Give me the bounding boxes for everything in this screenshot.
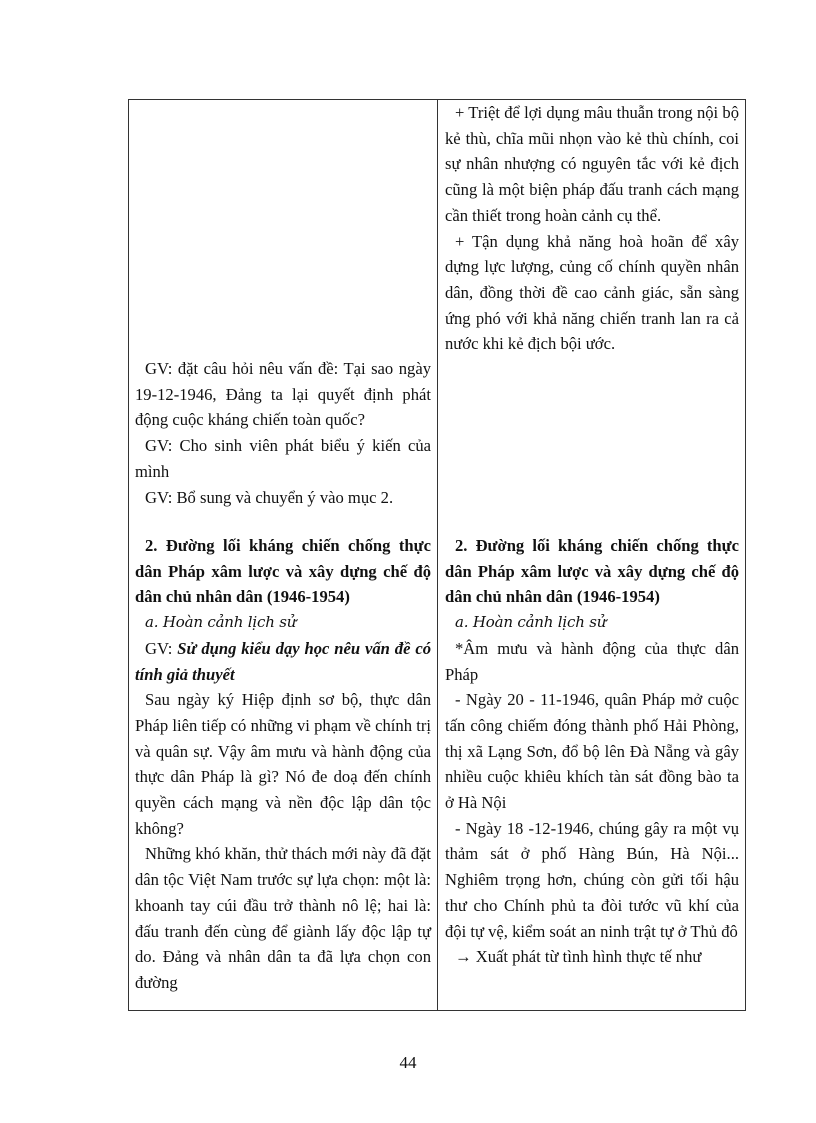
- gv-method: GV: Sử dụng kiểu dạy học nêu vấn đề có t…: [135, 636, 431, 687]
- gv-method-prefix: GV:: [145, 639, 177, 658]
- para-question: Sau ngày ký Hiệp định sơ bộ, thực dân Ph…: [135, 687, 431, 841]
- event-nov: - Ngày 20 - 11-1946, quân Pháp mở cuộc t…: [445, 687, 739, 816]
- gv-supplement: GV: Bổ sung và chuyển ý vào mục 2.: [135, 485, 431, 511]
- right-section-heading: 2. Đường lối kháng chiến chống thực dân …: [445, 533, 739, 610]
- right-points-block: + Triệt để lợi dụng mâu thuẫn trong nội …: [445, 100, 739, 357]
- lesson-table: GV: đặt câu hỏi nêu vấn đề: Tại sao ngày…: [128, 99, 746, 1011]
- left-section-heading: 2. Đường lối kháng chiến chống thực dân …: [135, 533, 431, 610]
- gv-question: GV: đặt câu hỏi nêu vấn đề: Tại sao ngày…: [135, 356, 431, 433]
- plot-heading: *Âm mưu và hành động của thực dân Pháp: [445, 636, 739, 687]
- gv-method-text: Sử dụng kiểu dạy học nêu vấn đề có tính …: [135, 639, 431, 684]
- event-dec: - Ngày 18 -12-1946, chúng gây ra một vụ …: [445, 816, 739, 945]
- right-section-block: 2. Đường lối kháng chiến chống thực dân …: [445, 533, 739, 970]
- content-column: + Triệt để lợi dụng mâu thuẫn trong nội …: [438, 100, 745, 1010]
- point-exploit: + Triệt để lợi dụng mâu thuẫn trong nội …: [445, 100, 739, 229]
- right-subheading: a. Hoàn cảnh lịch sử: [445, 610, 739, 636]
- teacher-activity-column: GV: đặt câu hỏi nêu vấn đề: Tại sao ngày…: [129, 100, 437, 1010]
- para-challenges: Những khó khăn, thử thách mới này đã đặt…: [135, 841, 431, 995]
- gv-students: GV: Cho sinh viên phát biểu ý kiến của m…: [135, 433, 431, 484]
- point-truce: + Tận dụng khả năng hoà hoãn để xây dựng…: [445, 229, 739, 358]
- page-number: 44: [0, 1053, 816, 1073]
- conclusion: → Xuất phát từ tình hình thực tế như: [445, 944, 739, 970]
- gv-question-block: GV: đặt câu hỏi nêu vấn đề: Tại sao ngày…: [135, 356, 431, 510]
- left-section-block: 2. Đường lối kháng chiến chống thực dân …: [135, 533, 431, 996]
- left-subheading: a. Hoàn cảnh lịch sử: [135, 610, 431, 636]
